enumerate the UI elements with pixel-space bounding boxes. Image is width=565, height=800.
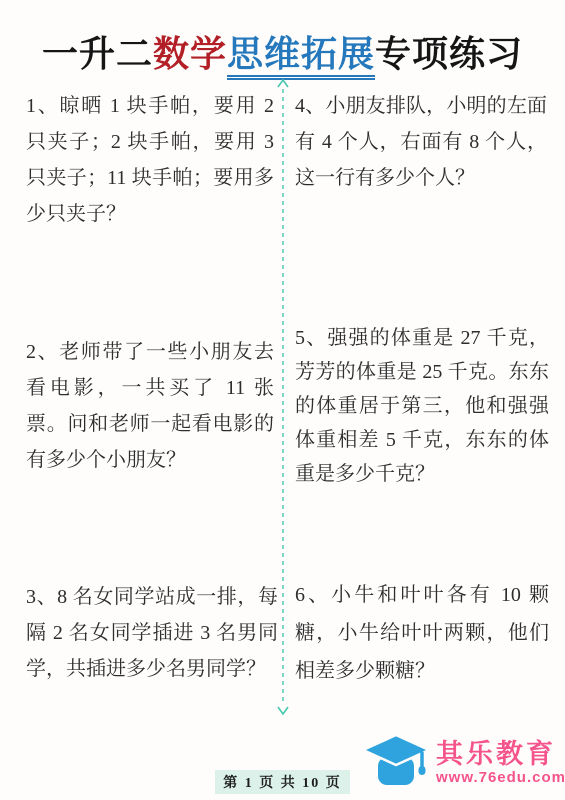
question-3: 3、8 名女同学站成一排，每隔 2 名女同学插进 3 名男同学，共插进多少名男同… xyxy=(26,579,278,687)
graduation-cap-icon xyxy=(360,733,432,793)
question-2: 2、老师带了一些小朋友去看电影，一共买了 11 张票。问和老师一起看电影的有多少… xyxy=(26,334,274,478)
arrow-down-icon xyxy=(278,707,288,714)
brand-logo: 其乐教育 www.76edu.com xyxy=(360,733,565,793)
title-topic: 思维拓展 xyxy=(227,34,375,80)
question-1: 1、晾晒 1 块手帕，要用 2 只夹子；2 块手帕，要用 3 只夹子；11 块手… xyxy=(26,88,274,232)
arrow-up-icon xyxy=(278,80,288,87)
cap-board xyxy=(363,735,429,765)
cap-tassel-knob xyxy=(419,766,426,775)
brand-name: 其乐教育 xyxy=(436,739,556,769)
title-suffix: 专项练习 xyxy=(375,34,523,74)
question-6: 6、小牛和叶叶各有 10 颗糖，小牛给叶叶两颗，他们相差多少颗糖？ xyxy=(295,576,549,690)
center-divider-arrow xyxy=(276,78,290,718)
worksheet-page: 一升二数学思维拓展专项练习 1、晾晒 1 块手帕，要用 2 只夹子；2 块手帕，… xyxy=(0,0,565,800)
title-subject: 数学 xyxy=(153,34,227,74)
question-5: 5、强强的体重是 27 千克，芳芳的体重是 25 千克。东东的体重居于第三，他和… xyxy=(295,321,549,491)
brand-website: www.76edu.com xyxy=(436,769,565,787)
page-title: 一升二数学思维拓展专项练习 xyxy=(0,26,565,77)
page-number: 第 1 页 共 10 页 xyxy=(215,770,350,794)
brand-text: 其乐教育 www.76edu.com xyxy=(436,739,565,787)
title-grade: 一升二 xyxy=(42,34,153,74)
question-4: 4、小朋友排队，小明的左面有 4 个人，右面有 8 个人，这一行有多少个人？ xyxy=(295,88,547,196)
